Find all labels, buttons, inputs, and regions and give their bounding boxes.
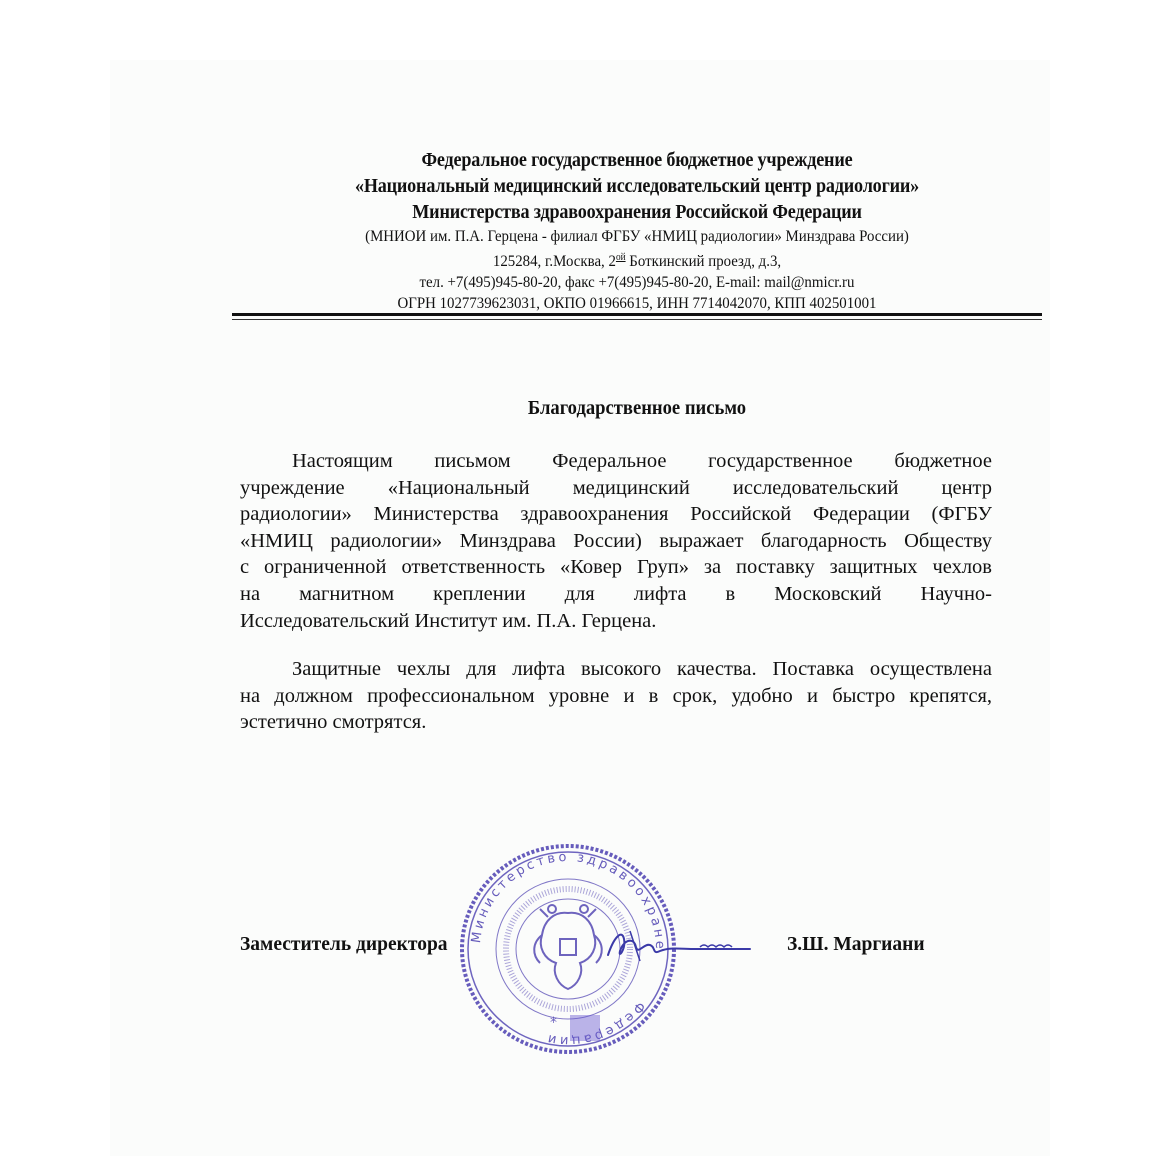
letter-title: Благодарственное письмо [260,397,1013,420]
paragraph-2-line: Защитные чехлы для лифта высокого качест… [240,656,992,683]
branch-line: (МНИОИ им. П.А. Герцена - филиал ФГБУ «Н… [260,226,1013,247]
paragraph-1-line: учреждение «Национальный медицинский исс… [240,475,992,502]
paragraph-2-line: эстетично смотрятся. [240,709,992,736]
address-post: Боткинский проезд, д.3, [626,253,782,270]
registry-line: ОГРН 1027739623031, ОКПО 01966615, ИНН 7… [260,293,1013,314]
signatory-name: З.Ш. Маргиани [787,934,925,956]
org-name-line3: Министерства здравоохранения Российской … [260,200,1013,226]
header-divider-thick [232,313,1042,316]
contacts-line: тел. +7(495)945-80-20, факс +7(495)945-8… [260,272,1013,293]
letterhead: Федеральное государственное бюджетное уч… [232,148,1042,314]
address-pre: 125284, г.Москва, 2 [493,253,616,270]
paragraph-1-line: «НМИЦ радиологии» Минздрава России) выра… [240,528,992,555]
address-line: 125284, г.Москва, 2ой Боткинский проезд,… [260,247,1013,272]
paragraph-1-line: Исследовательский Институт им. П.А. Герц… [240,608,992,635]
paragraph-2-line: на должном профессиональном уровне и в с… [240,683,992,710]
org-name-line1: Федеральное государственное бюджетное уч… [260,148,1013,174]
svg-text:*: * [550,1015,557,1031]
paragraph-1: Настоящим письмом Федеральное государств… [240,448,992,634]
handwritten-signature-icon [600,925,760,965]
header-divider-thin [232,319,1042,320]
signatory-position: Заместитель директора [240,934,448,956]
paragraph-1-line: на магнитном креплении для лифта в Моско… [240,581,992,608]
paragraph-1-line: Настоящим письмом Федеральное государств… [240,448,992,475]
address-sup: ой [616,252,626,263]
paragraph-2: Защитные чехлы для лифта высокого качест… [240,656,992,736]
paragraph-1-line: с ограниченной ответственность «Ковер Гр… [240,554,992,581]
org-name-line2: «Национальный медицинский исследовательс… [260,174,1013,200]
paragraph-1-line: радиологии» Министерства здравоохранения… [240,501,992,528]
